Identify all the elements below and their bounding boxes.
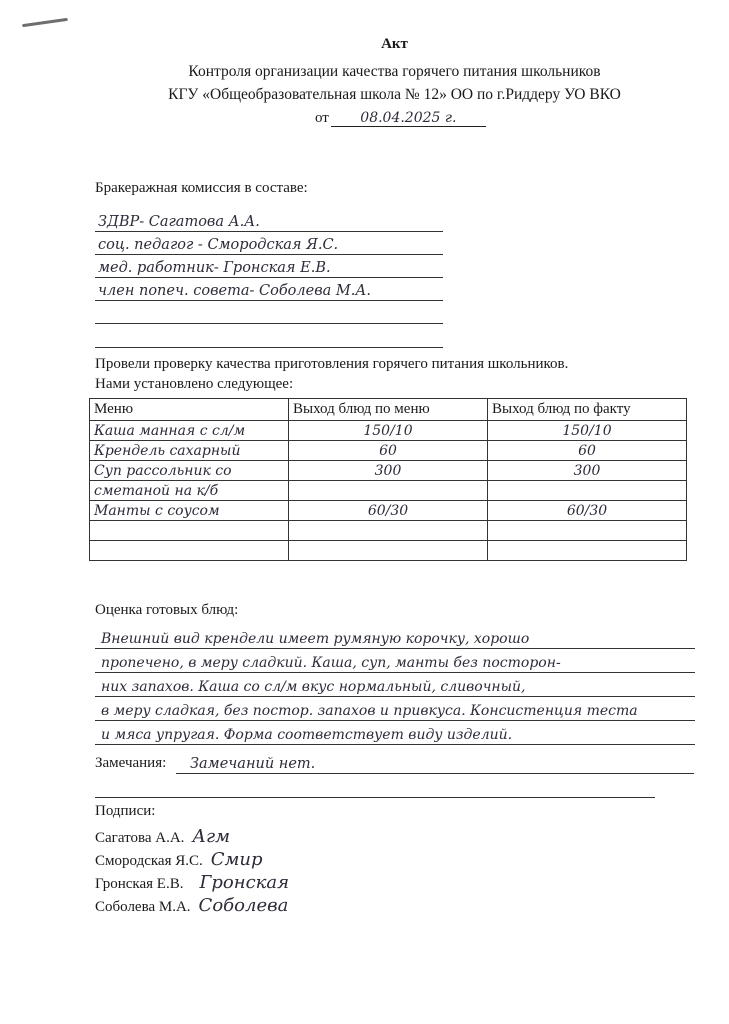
document-date: от08.04.2025 г.: [315, 110, 486, 127]
remarks-extra-line: [95, 797, 655, 798]
evaluation-line: Внешний вид крендели имеет румяную короч…: [95, 626, 695, 649]
actual-yield-cell: 300: [488, 461, 687, 481]
actual-yield-cell: [488, 481, 687, 501]
menu-table: Меню Выход блюд по меню Выход блюд по фа…: [89, 398, 687, 561]
evaluation-label: Оценка готовых блюд:: [95, 602, 238, 619]
signature-row: Смородская Я.С.Смир: [95, 849, 263, 870]
dish-name-cell: [90, 521, 289, 541]
actual-yield-cell: 60: [488, 441, 687, 461]
date-value: 08.04.2025 г.: [331, 110, 486, 127]
commission-member-line: ЗДВР- Сагатова А.А.: [95, 209, 443, 232]
inspection-findings-intro: Нами установлено следующее:: [95, 376, 293, 393]
dish-name-cell: Манты с соусом: [90, 501, 289, 521]
inspection-statement: Провели проверку качества приготовления …: [95, 356, 568, 373]
dish-name-cell: Суп рассольник со: [90, 461, 289, 481]
commission-member-line: член попеч. совета- Соболева М.А.: [95, 278, 443, 301]
dish-name-cell: Каша манная с сл/м: [90, 421, 289, 441]
column-header-planned-yield: Выход блюд по меню: [289, 399, 488, 421]
document-subtitle-line-1: Контроля организации качества горячего п…: [30, 63, 729, 81]
signature-row: Гронская Е.В.Гронская: [95, 872, 289, 893]
table-row: [90, 521, 687, 541]
signatures-label: Подписи:: [95, 803, 155, 820]
table-row: сметаной на к/б: [90, 481, 687, 501]
planned-yield-cell: 60/30: [289, 501, 488, 521]
planned-yield-cell: [289, 481, 488, 501]
commission-member-line: [95, 301, 443, 324]
staple-mark: [22, 18, 68, 27]
signature-row: Сагатова А.А.Агм: [95, 826, 230, 847]
remarks-line: Замечаний нет.: [176, 751, 694, 774]
table-row: Манты с соусом60/3060/30: [90, 501, 687, 521]
commission-label: Бракеражная комиссия в составе:: [95, 180, 308, 197]
dish-name-cell: Крендель сахарный: [90, 441, 289, 461]
actual-yield-cell: [488, 541, 687, 561]
table-row: Суп рассольник со300300: [90, 461, 687, 481]
evaluation-line: пропечено, в меру сладкий. Каша, суп, ма…: [95, 650, 695, 673]
dish-name-cell: сметаной на к/б: [90, 481, 289, 501]
commission-member-line: [95, 325, 443, 348]
document-subtitle-line-2: КГУ «Общеобразовательная школа № 12» ОО …: [30, 86, 729, 104]
commission-member-line: соц. педагог - Смородская Я.С.: [95, 232, 443, 255]
document-title: Акт: [30, 36, 729, 53]
date-prefix: от: [315, 110, 329, 126]
handwritten-signature: Гронская: [199, 872, 289, 893]
table-row: [90, 541, 687, 561]
column-header-menu: Меню: [90, 399, 289, 421]
planned-yield-cell: [289, 521, 488, 541]
evaluation-line: и мяса упругая. Форма соответствует виду…: [95, 722, 695, 745]
actual-yield-cell: 150/10: [488, 421, 687, 441]
evaluation-line: в меру сладкая, без постор. запахов и пр…: [95, 698, 695, 721]
remarks-label: Замечания:: [95, 755, 166, 772]
signature-row: Соболева М.А.Соболева: [95, 895, 288, 916]
handwritten-signature: Смир: [211, 849, 263, 870]
handwritten-signature: Агм: [192, 826, 230, 847]
remarks-value: Замечаний нет.: [190, 756, 315, 772]
table-header-row: Меню Выход блюд по меню Выход блюд по фа…: [90, 399, 687, 421]
planned-yield-cell: 60: [289, 441, 488, 461]
evaluation-line: них запахов. Каша со сл/м вкус нормальны…: [95, 674, 695, 697]
table-row: Каша манная с сл/м150/10150/10: [90, 421, 687, 441]
handwritten-signature: Соболева: [199, 895, 289, 916]
planned-yield-cell: 300: [289, 461, 488, 481]
column-header-actual-yield: Выход блюд по факту: [488, 399, 687, 421]
actual-yield-cell: [488, 521, 687, 541]
table-row: Крендель сахарный6060: [90, 441, 687, 461]
commission-member-line: мед. работник- Гронская Е.В.: [95, 255, 443, 278]
planned-yield-cell: [289, 541, 488, 561]
planned-yield-cell: 150/10: [289, 421, 488, 441]
actual-yield-cell: 60/30: [488, 501, 687, 521]
dish-name-cell: [90, 541, 289, 561]
